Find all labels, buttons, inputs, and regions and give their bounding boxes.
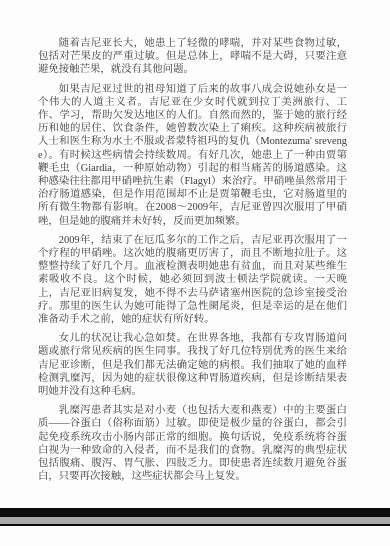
- paragraph-asthma-allergies: 随着吉尼亚长大，她患上了轻微的哮喘，并对某些食物过敏，包括对芒果皮的严重过敏。但…: [38, 37, 347, 77]
- paragraph-celiac-explanation: 乳糜泻患者其实是对小麦（也包括大麦和燕麦）中的主要蛋白质——谷蛋白（俗称面筋）过…: [38, 404, 347, 483]
- paragraph-doctors-celiac-test: 女儿的状况让我心急如焚。在世界各地，我都有专攻胃肠道问题或旅行常见疾病的医生同事…: [38, 332, 347, 398]
- divider-stripe-dark-top: [0, 508, 390, 517]
- page-text: 随着吉尼亚长大，她患上了轻微的哮喘，并对某些食物过敏，包括对芒果皮的严重过敏。但…: [38, 37, 347, 490]
- document-page: 随着吉尼亚长大，她患上了轻微的哮喘，并对某些食物过敏，包括对芒果皮的严重过敏。但…: [0, 0, 390, 546]
- paragraph-travels-giardia-flagyl: 如果吉尼亚过世的祖母知道了后来的故事八成会说她孙女是一个伟大的人道主义者。吉尼亚…: [38, 83, 347, 228]
- divider-stripe-dark-bottom: [0, 524, 390, 526]
- divider-stripe-gray-middle: [0, 517, 390, 524]
- page-bottom-divider: [0, 508, 390, 526]
- paragraph-2009-relapse-hospital: 2009年，结束了在厄瓜多尔的工作之后，吉尼亚再次服用了一个疗程的甲硝唑。这次她…: [38, 234, 347, 326]
